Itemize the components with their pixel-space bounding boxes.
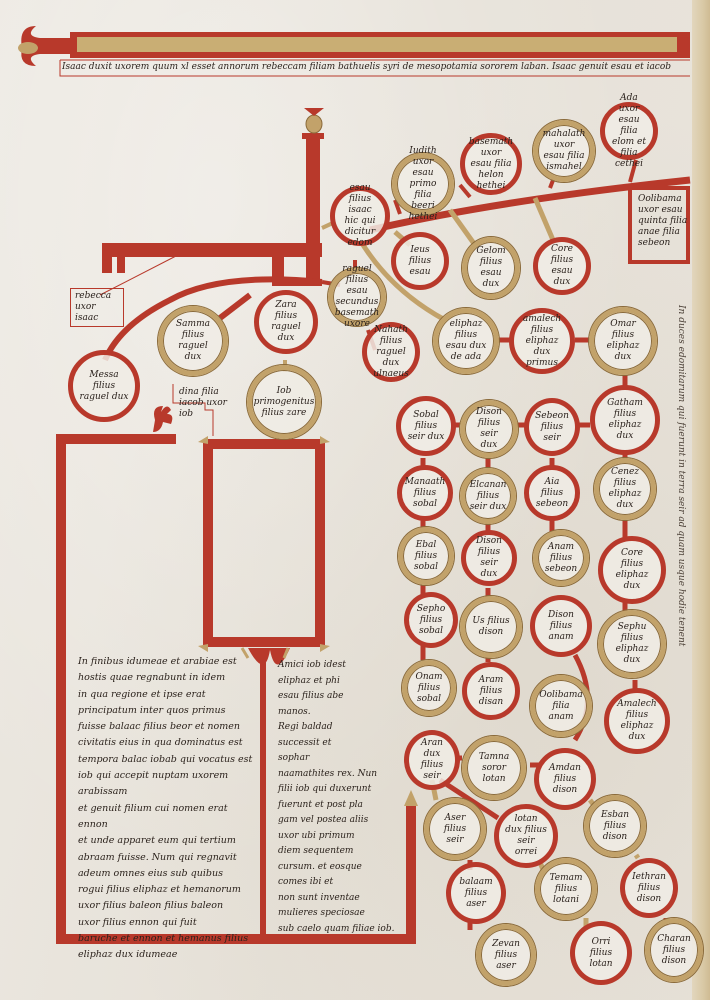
node-balaam: balaam filius aser [446,862,506,924]
node-elcanan: Elcanan filius seir dux [460,468,516,524]
node-iob: Iob primogenitus filius zare [247,365,321,439]
node-esau: esau filius isaac hic qui dicitur edom [330,186,390,246]
node-core2: Core filius eliphaz dux [598,536,666,604]
node-samma: Samma filius raguel dux [158,306,228,376]
node-oolibama: Oolibama filia anam [530,675,592,737]
node-sepho: Sepho filius sobal [404,592,458,648]
node-mahalath: mahalath uxor esau filia ismahel [533,120,595,182]
node-esban: Esban filius dison [584,795,646,857]
oolibama-box-label: Oolibama uxor esau quinta filia anae fil… [634,192,692,251]
node-iudith: Iudith uxor esau primo filia beeri hethe… [392,153,454,215]
margin-note: In duces edomitarum qui fuerunt in terra… [676,305,686,705]
node-amalech2: Amalech filius eliphaz dux [604,688,670,754]
node-orri: Orri filius lotan [570,921,632,985]
node-manaat: Manaath filius sobal [397,465,453,521]
node-amalech: amalech filius eliphaz dux primus [509,308,575,374]
node-dison2: Dison filius seir dux [461,530,517,586]
node-basemath: basemath uxor esau filia helon hethei [460,133,522,195]
node-gatham: Gatham filius eliphaz dux [590,385,660,455]
node-aran: Aran dux filius seir [404,730,460,790]
node-aia: Aia filius sebeon [524,465,580,521]
node-sobal: Sobal filius seir dux [396,396,456,456]
node-amdan: Amdan filius dison [534,748,596,810]
node-core: Core filius esau dux [533,237,591,295]
node-sephu: Sephu filius eliphaz dux [598,610,666,678]
node-ieus: Ieus filius esau [391,232,449,290]
node-gelom: Gelom filius esau dux [462,237,520,299]
node-temam: Temam filius lotani [535,858,597,920]
node-raguel: raguel filius esau secundus basemath uxo… [328,268,386,326]
text-block-left: In finibus idumeae et arabiae est hostis… [78,654,258,964]
node-nahath: Nahath filius raguel dux ulnaeus [362,322,420,382]
node-sebeon: Sebeon filius seir [524,398,580,456]
node-zara: Zara filius raguel dux [254,290,318,354]
rebecca-label: rebecca uxor isaac [70,288,124,327]
node-zevan: Zevan filius aser [476,924,536,986]
node-messa: Messa filius raguel dux [68,350,140,422]
node-ebal: Ebal filius sobal [398,527,454,585]
node-aram: Aram filius disan [462,662,520,720]
node-iethran: Iethran filius dison [620,858,678,918]
dina-label: dina filia iacob uxor iob [175,385,245,422]
node-onam: Onam filius sobal [402,660,456,716]
node-aser: Aser filius seir [424,798,486,860]
node-dison: Dison filius seir dux [460,400,518,458]
node-ada: Ada uxor esau filia elom et filia cethei [600,102,658,160]
node-dison3: Dison filius anam [530,595,592,657]
node-anam: Anam filius sebeon [533,530,589,586]
text-block-right: Amici iob idest eliphaz et phi esau fili… [278,658,398,937]
node-tamna: Tamna soror lotan [462,736,526,800]
node-charan: Charan filius dison [645,918,703,982]
node-cenez: Cenez filius eliphaz dux [594,458,656,520]
bed-structure [102,108,324,286]
title-banner-caption: Isaac duxit uxorem quum xl esset annorum… [62,62,682,72]
node-us: Us filius dison [460,596,522,658]
node-eliphaz: eliphaz filius esau dux de ada [433,308,499,374]
node-omar: Omar filius eliphaz dux [589,307,657,375]
node-lotan: lotan dux filius seir orrei [494,804,558,868]
